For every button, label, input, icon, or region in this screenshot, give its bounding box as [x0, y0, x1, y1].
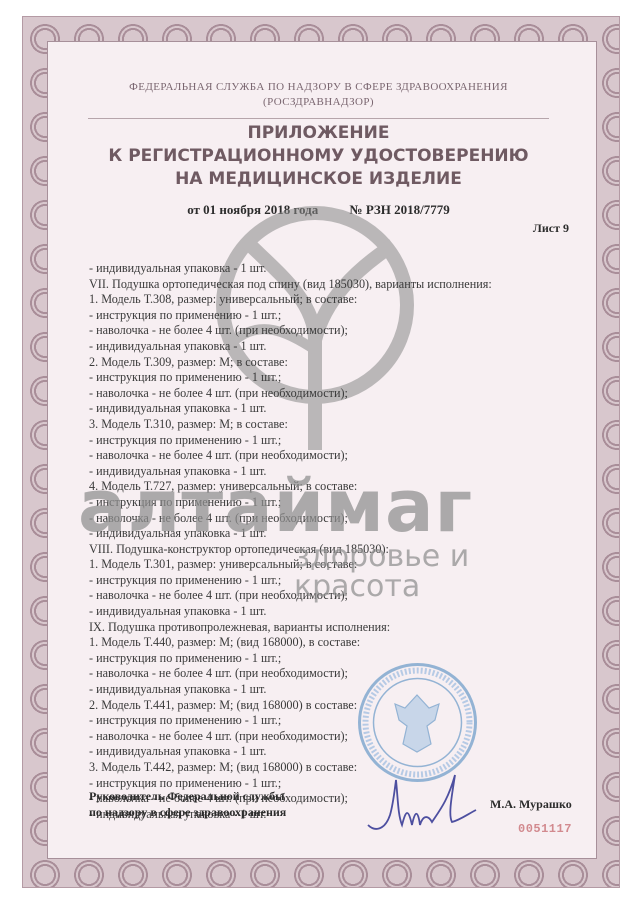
content-line: - наволочка - не более 4 шт. (при необхо…: [89, 323, 559, 339]
title-line-1: ПРИЛОЖЕНИЕ: [0, 122, 637, 145]
title-line-3: НА МЕДИЦИНСКОЕ ИЗДЕЛИЕ: [0, 168, 637, 191]
content-line: 3. Модель Т.310, размер: M; в составе:: [89, 417, 559, 433]
content-line: - инструкция по применению - 1 шт.;: [89, 308, 559, 324]
signer-title: Руководитель Федеральной службы по надзо…: [89, 788, 286, 820]
content-line: - индивидуальная упаковка - 1 шт.: [89, 339, 559, 355]
content-line: 2. Модель Т.309, размер: M; в составе:: [89, 355, 559, 371]
document-title: ПРИЛОЖЕНИЕ К РЕГИСТРАЦИОННОМУ УДОСТОВЕРЕ…: [0, 122, 637, 191]
title-line-2: К РЕГИСТРАЦИОННОМУ УДОСТОВЕРЕНИЮ: [0, 145, 637, 168]
content-line: - наволочка - не более 4 шт. (при необхо…: [89, 386, 559, 402]
watermark-tagline: здоровье и красота: [60, 542, 580, 602]
signature-icon: [360, 770, 480, 840]
content-line: - наволочка - не более 4 шт. (при необхо…: [89, 448, 559, 464]
content-line: - инструкция по применению - 1 шт.;: [89, 433, 559, 449]
signer-title-line-2: по надзору в сфере здравоохранения: [89, 804, 286, 820]
content-line: 3. Модель Т.442, размер: M; (вид 168000)…: [89, 760, 559, 776]
content-line: 1. Модель Т.308, размер: универсальный; …: [89, 292, 559, 308]
agency-abbreviation: (РОСЗДРАВНАДЗОР): [0, 95, 637, 110]
agency-name: ФЕДЕРАЛЬНАЯ СЛУЖБА ПО НАДЗОРУ В СФЕРЕ ЗД…: [0, 80, 637, 95]
watermark: алтаймаг здоровье и красота: [60, 470, 580, 602]
content-line: - инструкция по применению - 1 шт.;: [89, 651, 559, 667]
signer-title-line-1: Руководитель Федеральной службы: [89, 788, 286, 804]
signer-name: М.А. Мурашко: [490, 797, 572, 812]
watermark-brand: алтаймаг: [60, 470, 580, 542]
serial-number: 0051117: [518, 822, 572, 836]
content-line: - инструкция по применению - 1 шт.;: [89, 713, 559, 729]
content-line: - индивидуальная упаковка - 1 шт.: [89, 401, 559, 417]
agency-header: ФЕДЕРАЛЬНАЯ СЛУЖБА ПО НАДЗОРУ В СФЕРЕ ЗД…: [0, 80, 637, 110]
content-line: - индивидуальная упаковка - 1 шт.: [89, 604, 559, 620]
content-line: 1. Модель Т.440, размер: M; (вид 168000)…: [89, 635, 559, 651]
content-line: 2. Модель Т.441, размер: M; (вид 168000)…: [89, 698, 559, 714]
content-line: - индивидуальная упаковка - 1 шт.: [89, 261, 559, 277]
content-line: - индивидуальная упаковка - 1 шт.: [89, 682, 559, 698]
content-line: - наволочка - не более 4 шт. (при необхо…: [89, 666, 559, 682]
content-line: - инструкция по применению - 1 шт.;: [89, 370, 559, 386]
official-stamp-icon: [355, 660, 480, 785]
sheet-number: Лист 9: [533, 221, 569, 236]
header-divider: [88, 118, 549, 119]
content-line: - наволочка - не более 4 шт. (при необхо…: [89, 729, 559, 745]
content-line: IX. Подушка противопролежневая, варианты…: [89, 620, 559, 636]
content-line: VII. Подушка ортопедическая под спину (в…: [89, 277, 559, 293]
content-line: - индивидуальная упаковка - 1 шт.: [89, 744, 559, 760]
